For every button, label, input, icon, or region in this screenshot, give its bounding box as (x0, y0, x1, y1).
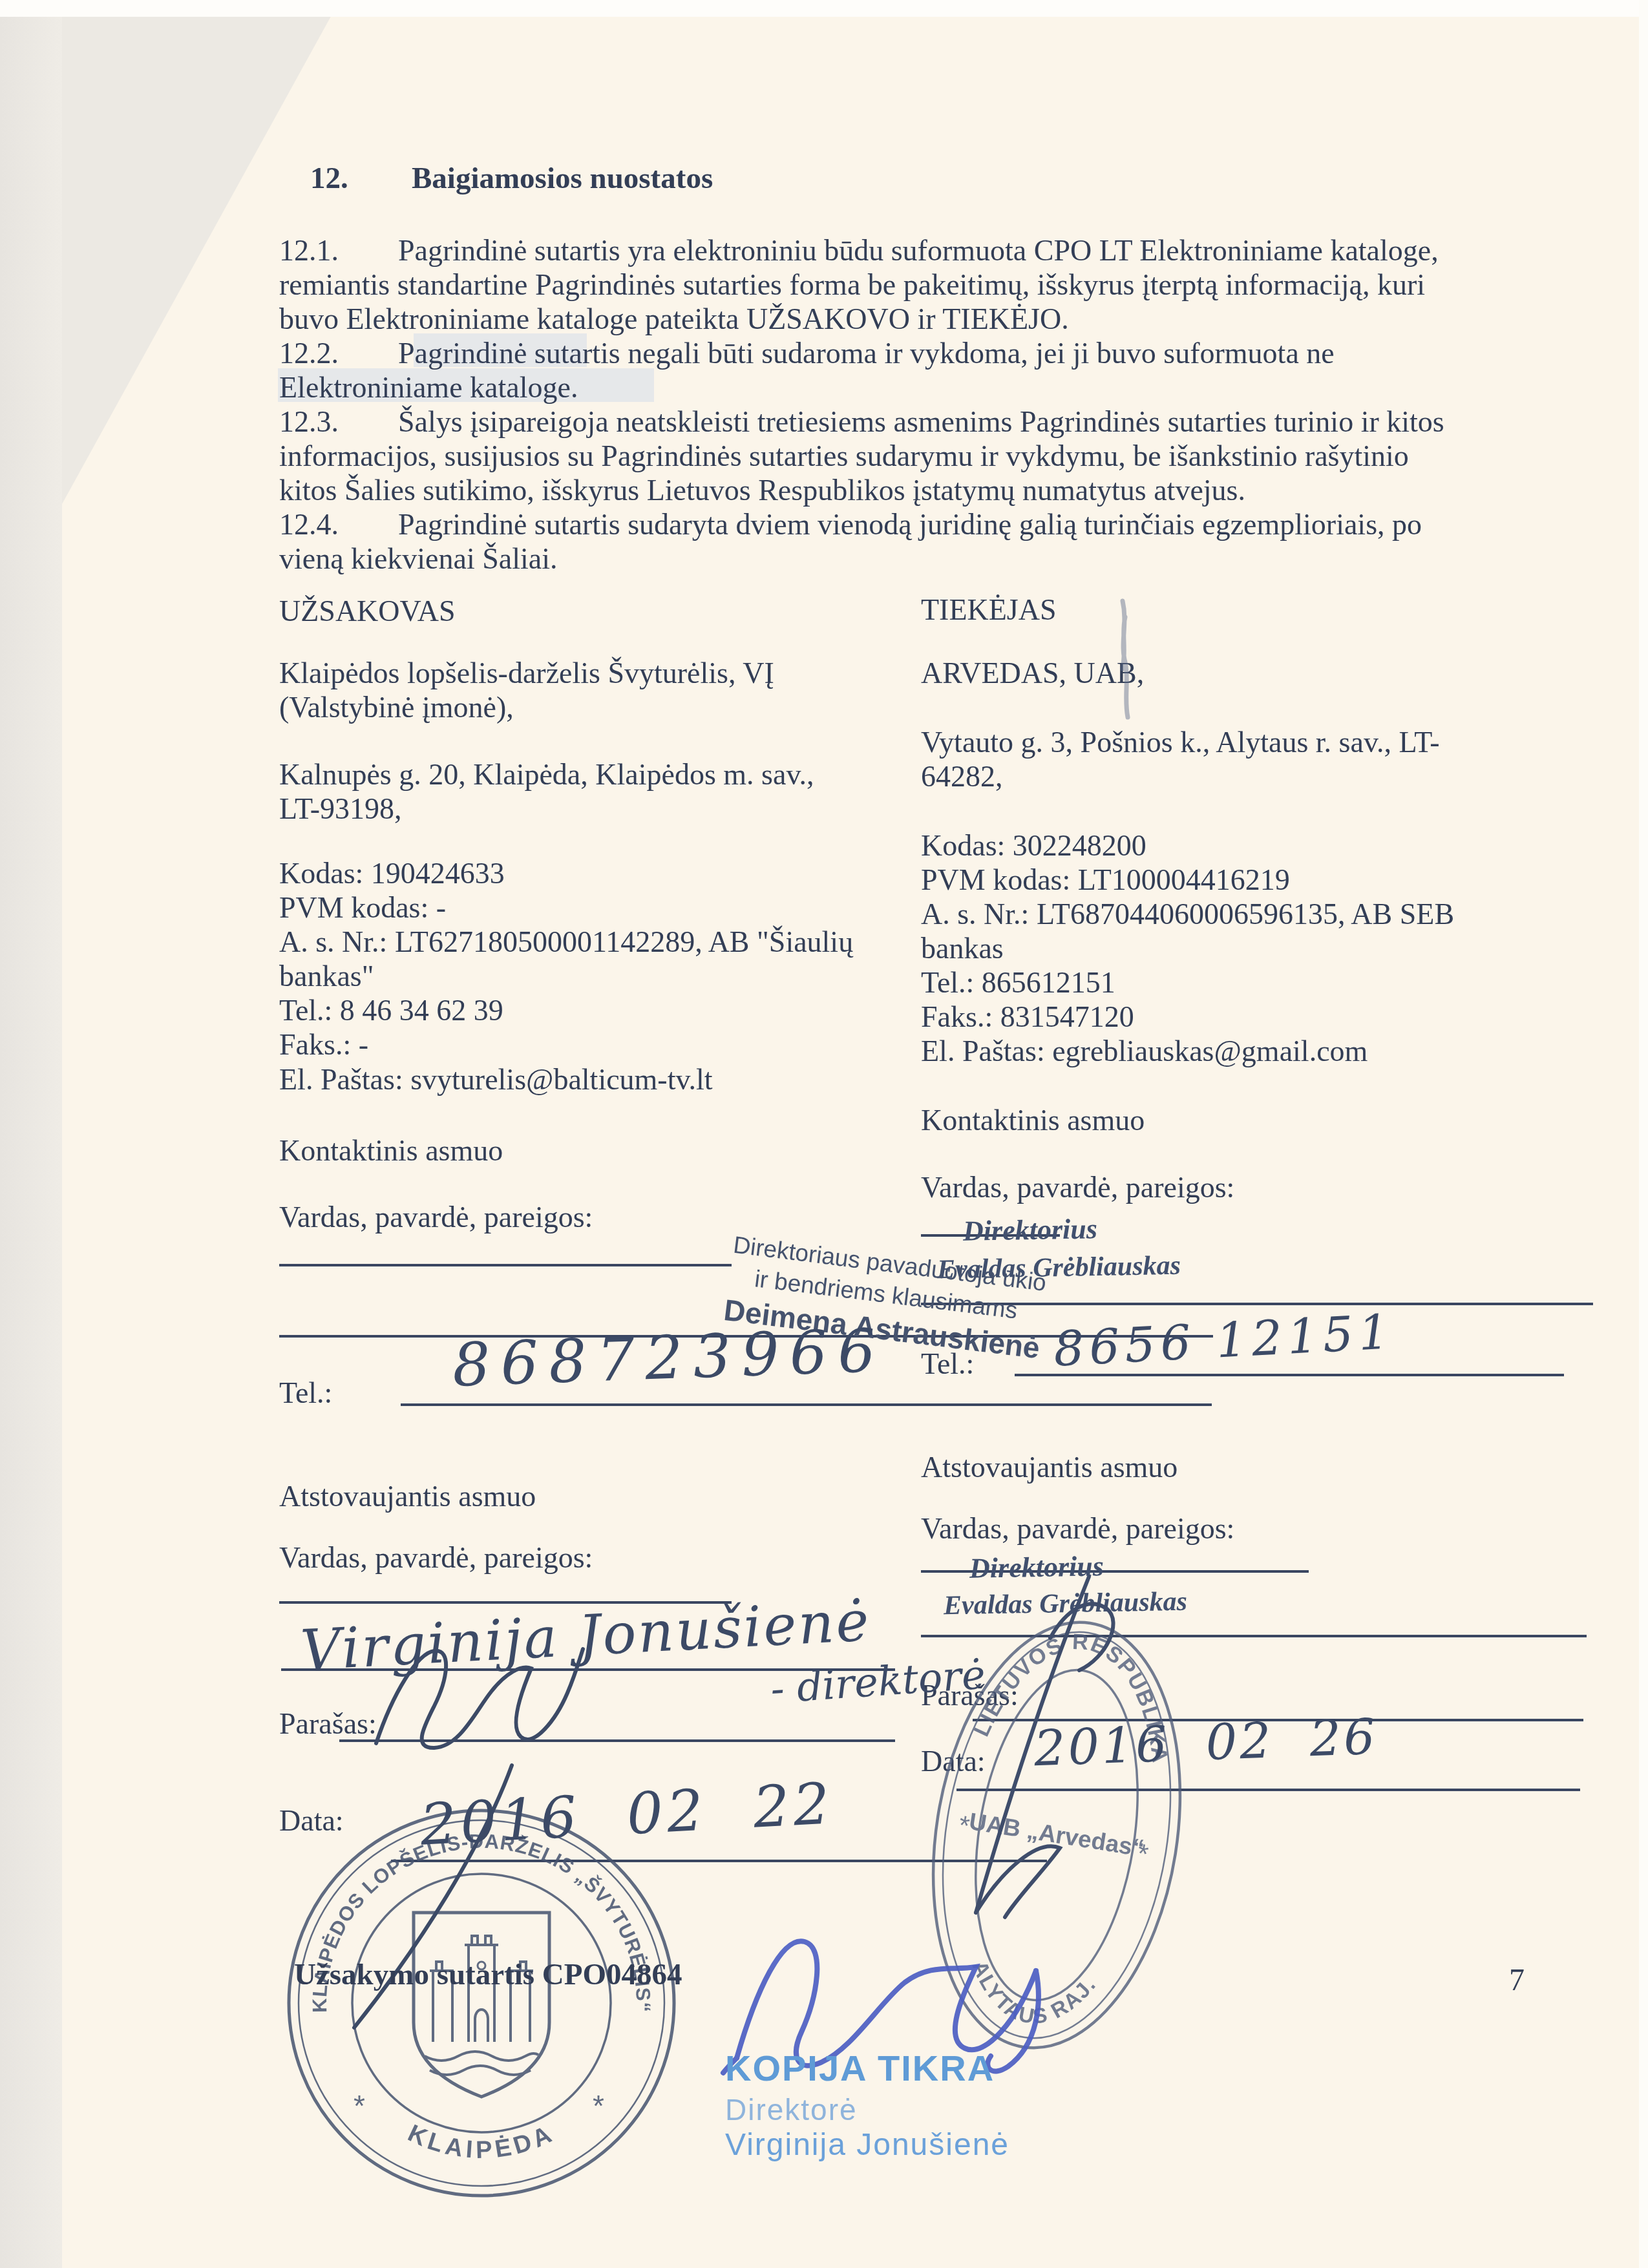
uzsakovas-tel-label: Tel.: (279, 1376, 332, 1410)
tiekejas-representative-label: Atstovaujantis asmuo (921, 1451, 1178, 1484)
footer-contract-ref: Užsakymo sutartis CPO04864 (294, 1958, 682, 1992)
uzsakovas-tel: Tel.: 8 46 34 62 39 (279, 994, 503, 1027)
scan-edge-top (0, 0, 1648, 17)
tiekejas-email: El. Paštas: egrebliauskas@gmail.com (921, 1034, 1368, 1068)
uzsakovas-faks: Faks.: - (279, 1028, 368, 1062)
clause-line: Elektroniniame kataloge. (279, 371, 578, 404)
uzsakovas-signature-flourish (336, 1758, 530, 2035)
signature-line (279, 1264, 732, 1266)
tiekejas-kodas: Kodas: 302248200 (921, 829, 1146, 863)
tiekejas-name-label2: Vardas, pavardė, pareigos: (921, 1512, 1234, 1546)
tiekejas-tel-handwritten: 8656 12151 (1052, 1304, 1395, 1377)
clause-line: informacijos, susijusios su Pagrindinės … (279, 439, 1409, 473)
tiekejas-contact-label: Kontaktinis asmuo (921, 1104, 1145, 1137)
scan-edge-right (1639, 0, 1648, 2268)
clause-line: 12.1. Pagrindinė sutartis yra elektronin… (279, 234, 1439, 268)
uzsakovas-header: UŽSAKOVAS (279, 594, 456, 628)
clause-line: remiantis standartine Pagrindinės sutart… (279, 268, 1425, 302)
seal-star-right: * (593, 2089, 604, 2123)
clause-line: kitos Šalies sutikimo, išskyrus Lietuvos… (279, 474, 1245, 507)
uzsakovas-name-label2: Vardas, pavardė, pareigos: (279, 1541, 593, 1575)
tiekejas-account2: bankas (921, 932, 1004, 965)
uzsakovas-representative-label: Atstovaujantis asmuo (279, 1480, 536, 1513)
tiekejas-address2: 64282, (921, 760, 1003, 793)
clause-line: vieną kiekvienai Šaliai. (279, 542, 557, 576)
section-title: Baigiamosios nuostatos (412, 162, 713, 196)
tiekejas-role-stamp: Direktorius (963, 1212, 1098, 1248)
tel-line (401, 1403, 1212, 1406)
uzsakovas-kodas: Kodas: 190424633 (279, 857, 505, 890)
tiekejas-address: Vytauto g. 3, Pošnios k., Alytaus r. sav… (921, 726, 1440, 759)
uzsakovas-account2: bankas" (279, 960, 374, 993)
uzsakovas-name-label: Vardas, pavardė, pareigos: (279, 1201, 593, 1234)
uzsakovas-name: Klaipėdos lopšelis-darželis Švyturėlis, … (279, 656, 774, 690)
svg-text:KLAIPĖDA: KLAIPĖDA (404, 2119, 559, 2164)
uzsakovas-tel-handwritten: 868723966 (451, 1316, 887, 1400)
tiekejas-faks: Faks.: 831547120 (921, 1000, 1134, 1034)
section-number: 12. (310, 162, 348, 196)
clause-line: 12.2. Pagrindinė sutartis negali būti su… (279, 337, 1335, 370)
scanned-contract-page: 12. Baigiamosios nuostatos 12.1. Pagrind… (0, 0, 1648, 2268)
tiekejas-name-label: Vardas, pavardė, pareigos: (921, 1171, 1234, 1204)
tiekejas-account: A. s. Nr.: LT687044060006596135, AB SEB (921, 898, 1454, 931)
seal-star-left: * (354, 2089, 365, 2123)
uzsakovas-contact-label: Kontaktinis asmuo (279, 1134, 503, 1168)
scan-edge-left (0, 0, 62, 2268)
tiekejas-signature (940, 1560, 1147, 1935)
page-number: 7 (1509, 1963, 1525, 1998)
seal-ring-bottom-text: KLAIPĖDA (404, 2119, 559, 2164)
uzsakovas-email: El. Paštas: svyturelis@balticum-tv.lt (279, 1063, 713, 1097)
kopija-name: Virginija Jonušienė (725, 2127, 1009, 2163)
uzsakovas-account: A. s. Nr.: LT627180500001142289, AB "Šia… (279, 925, 853, 959)
uzsakovas-name2: (Valstybinė įmonė), (279, 691, 514, 724)
kopija-tikra-stamp: KOPIJA TIKRA (725, 2047, 995, 2089)
clause-line: buvo Elektroniniame kataloge pateikta UŽ… (279, 302, 1069, 336)
kopija-role: Direktorė (725, 2092, 858, 2127)
tiekejas-tel: Tel.: 865612151 (921, 966, 1115, 1000)
uzsakovas-address: Kalnupės g. 20, Klaipėda, Klaipėdos m. s… (279, 758, 814, 792)
ink-smudge (1095, 598, 1154, 720)
uzsakovas-pvm: PVM kodas: - (279, 891, 446, 925)
tiekejas-header: TIEKĖJAS (921, 593, 1057, 627)
uzsakovas-address2: LT-93198, (279, 792, 402, 826)
tiekejas-pvm: PVM kodas: LT100004416219 (921, 863, 1290, 897)
clause-line: 12.4. Pagrindinė sutartis sudaryta dviem… (279, 508, 1422, 541)
clause-line: 12.3. Šalys įsipareigoja neatskleisti tr… (279, 405, 1444, 439)
